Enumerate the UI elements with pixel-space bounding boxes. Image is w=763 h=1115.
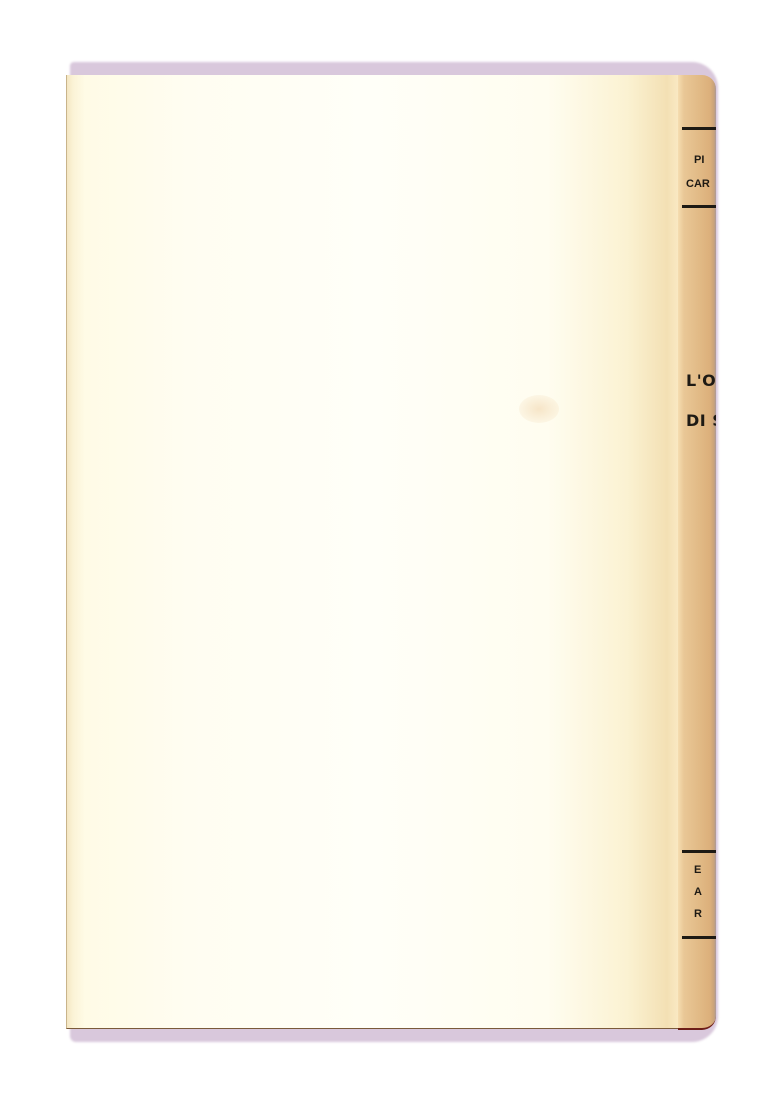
book: PI CAR L'OI DI S E A R [66, 75, 716, 1028]
spine-rule-top [682, 127, 716, 130]
cover-stain [519, 395, 559, 423]
spine-title-line-1: L'OI [686, 373, 716, 389]
spine-publisher-line-3: R [694, 909, 702, 920]
spine-publisher-line-1: E [694, 865, 701, 876]
spine-title-line-2: DI S [686, 413, 716, 429]
spine-rule-bottom [682, 936, 716, 939]
back-cover [66, 75, 687, 1029]
book-spine: PI CAR L'OI DI S E A R [678, 75, 716, 1030]
spine-author-line-1: PI [694, 155, 704, 166]
spine-author-line-2: CAR [686, 179, 710, 190]
spine-publisher-line-2: A [694, 887, 702, 898]
spine-rule-publisher [682, 850, 716, 853]
spine-rule-author [682, 205, 716, 208]
